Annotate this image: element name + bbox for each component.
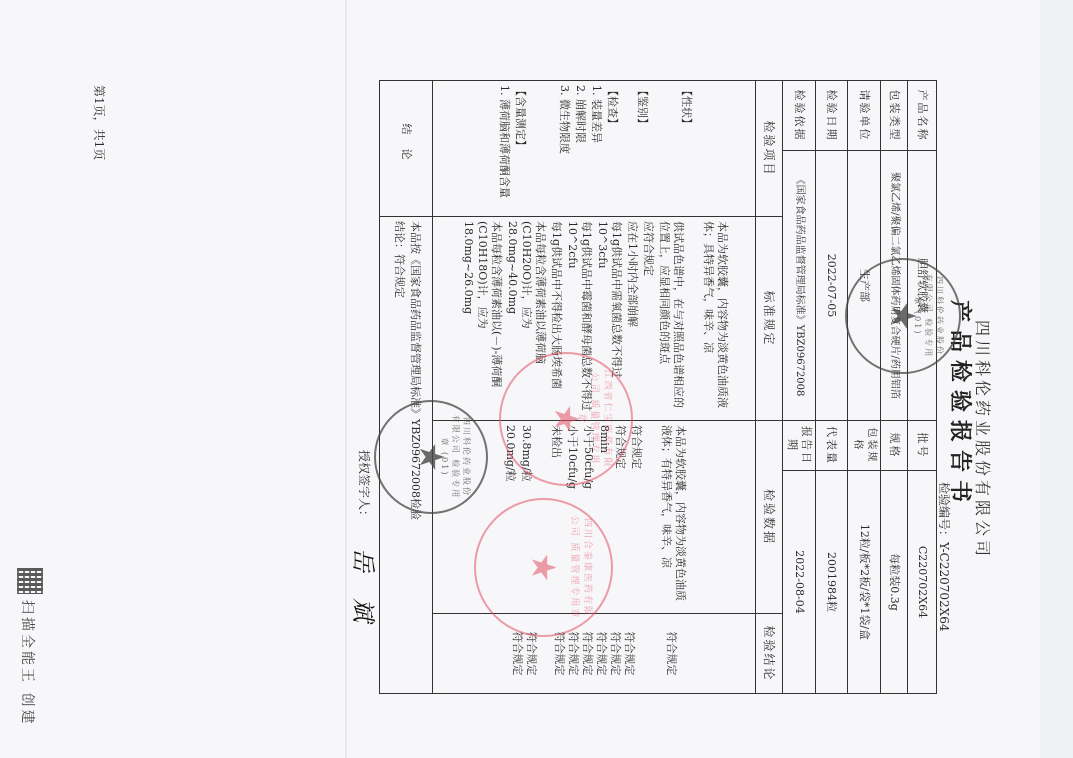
item-menthol-content: 1. 薄荷脑和薄荷酮含量 (497, 85, 511, 212)
item-microbial-limit: 3. 微生物限度 (557, 85, 571, 212)
result-microbial-3: 符合规定 (552, 618, 566, 689)
section-identification: 【鉴别】 (635, 85, 649, 212)
info-label: 检验日期 (816, 81, 848, 151)
data-microbial-1: 小于50cfu/g (581, 425, 595, 609)
item-column: 【性状】 【鉴别】 【检查】 1. 装量差异 2. 崩解时限 3. 微生物限度 … (433, 81, 756, 217)
standard-microbial-3: 每1g供试品中不得检出大肠埃希菌 (549, 221, 563, 416)
info-row: 检验依据 《国家食品药品监督管理局标准》YBZ09672008 报告日期 202… (783, 81, 816, 694)
report-number: 检验编号：Y-C220702X64 (936, 482, 953, 631)
info-row: 产品名称 胆舒软胶囊 批号 C220702X64 (908, 81, 937, 694)
standard-fill-variance: 应符合规定 (641, 221, 655, 416)
standard-column: 本品为软胶囊，内容物为淡黄色油质液体；具特异香气，味辛、凉 供试品色谱中，在与对… (433, 217, 756, 421)
result-assay-2: 符合规定 (510, 618, 524, 689)
result-column: 符合规定 符合规定 符合规定 符合规定 符合规定 符合规定 符合规定 符合规定 … (433, 614, 756, 694)
standard-assay-1: 本品每粒含薄荷素油以薄荷脑(C10H20O)计，应为28.0mg~40.0mg (505, 221, 547, 416)
report-title: 产品检验报告书 (946, 300, 977, 510)
info-label: 请验单位 (848, 81, 881, 151)
item-disintegration: 2. 崩解时限 (573, 85, 587, 212)
item-fill-variance: 1. 装量差异 (589, 85, 603, 212)
col-header-data: 检验数据 (756, 421, 783, 614)
inspection-basis: 《国家食品药品监督管理局标准》YBZ09672008 (783, 151, 816, 421)
info-row: 检验日期 2022-07-05 代表量 2001984粒 (816, 81, 848, 694)
report-number-label: 检验编号： (937, 482, 951, 542)
data-appearance: 本品为软胶囊，内容物为淡黄色油质液体；有特异香气，味辛、凉 (659, 425, 687, 609)
data-fill-variance: 符合规定 (613, 425, 627, 609)
col-header-item: 检验项目 (756, 81, 783, 217)
batch-number: C220702X64 (908, 471, 937, 694)
report-table: 产品名称 胆舒软胶囊 批号 C220702X64 包装类型 聚氯乙烯/聚偏二氯乙… (379, 80, 937, 694)
info-label: 包装类型 (881, 81, 908, 151)
conclusion-label: 结论 (380, 81, 433, 217)
data-microbial-3: 未检出 (549, 425, 563, 609)
section-inspection: 【检查】 (605, 85, 619, 212)
package-type: 聚氯乙烯/聚偏二氯乙烯固体药用复合硬片/药用铝箔 (881, 151, 908, 421)
report-number-value: Y-C220702X64 (937, 542, 951, 631)
signature: 岳斌 (348, 548, 383, 648)
page-number: 第1页，共1页 (91, 85, 108, 160)
data-assay-2: 20.0mg/粒 (503, 425, 517, 609)
standard-disintegration: 应在1小时内全部崩解 (625, 221, 639, 416)
info-label: 报告日期 (783, 421, 816, 471)
scanner-watermark: 扫描全能王 创建 (18, 600, 38, 726)
inspection-date: 2022-07-05 (816, 151, 848, 421)
result-microbial-1: 符合规定 (580, 618, 594, 689)
specification: 每粒装0.3g (881, 471, 908, 694)
standard-assay-2: 本品每粒含薄荷素油以(－)-薄荷酮(C10H18O)计，应为18.0mg~26.… (461, 221, 503, 416)
info-label: 规格 (881, 421, 908, 471)
info-label: 产品名称 (908, 81, 937, 151)
inspection-report-page: 四川科伦药业股份有限公司 产品检验报告书 检验编号：Y-C220702X64 产… (0, 0, 1073, 758)
conclusion-row: 结论 本品按《国家食品药品监督管理局标准》YBZ09672008检验 结论：符合… (380, 81, 433, 694)
col-header-standard: 标准规定 (756, 217, 783, 421)
authorized-signer-label: 授权签字人： (356, 450, 373, 522)
representative-quantity: 2001984粒 (816, 471, 848, 694)
result-assay-1: 符合规定 (524, 618, 538, 689)
info-row: 请验单位 生产部 包装规格 12粒/板*2板/袋*1袋/盒 (848, 81, 881, 694)
package-spec: 12粒/板*2板/袋*1袋/盒 (848, 471, 881, 694)
result-appearance: 符合规定 (664, 618, 678, 689)
section-assay: 【含量测定】 (513, 85, 527, 212)
standard-identification: 供试品色谱中，在与对照品色谱相应的位置上，应显相同颜色的斑点 (657, 221, 685, 416)
standard-microbial-1: 每1g供试品中需氧菌总数不得过10^3cfu (595, 221, 623, 416)
section-appearance: 【性状】 (679, 85, 693, 212)
info-label: 代表量 (816, 421, 848, 471)
info-label: 批号 (908, 421, 937, 471)
conclusion-text: 本品按《国家食品药品监督管理局标准》YBZ09672008检验 结论：符合规定 (380, 217, 433, 694)
info-row: 包装类型 聚氯乙烯/聚偏二氯乙烯固体药用复合硬片/药用铝箔 规格 每粒装0.3g (881, 81, 908, 694)
conclusion-line-1: 本品按《国家食品药品监督管理局标准》YBZ09672008检验 (408, 221, 422, 689)
data-assay-1: 30.8mg/粒 (519, 425, 533, 609)
body-row: 【性状】 【鉴别】 【检查】 1. 装量差异 2. 崩解时限 3. 微生物限度 … (433, 81, 756, 694)
report-date: 2022-08-04 (783, 471, 816, 694)
result-disintegration: 符合规定 (594, 618, 608, 689)
data-microbial-2: 小于10cfu/g (565, 425, 579, 609)
requesting-unit: 生产部 (848, 151, 881, 421)
result-microbial-2: 符合规定 (566, 618, 580, 689)
info-label: 检验依据 (783, 81, 816, 151)
conclusion-line-2: 结论：符合规定 (392, 221, 406, 689)
standard-appearance: 本品为软胶囊，内容物为淡黄色油质液体；具特异香气，味辛、凉 (701, 221, 729, 416)
col-header-result: 检验结论 (756, 614, 783, 694)
data-identification: 符合规定 (629, 425, 643, 609)
result-fill-variance: 符合规定 (608, 618, 622, 689)
result-identification: 符合规定 (622, 618, 636, 689)
qr-code-icon (17, 568, 43, 594)
standard-microbial-2: 每1g供试品中霉菌和酵母菌总数不得过10^2cfu (565, 221, 593, 416)
data-column: 本品为软胶囊，内容物为淡黄色油质液体；有特异香气，味辛、凉 符合规定 符合规定 … (433, 421, 756, 614)
product-name: 胆舒软胶囊 (908, 151, 937, 421)
data-disintegration: 8min (597, 425, 611, 609)
info-label: 包装规格 (848, 421, 881, 471)
column-header-row: 检验项目 标准规定 检验数据 检验结论 (756, 81, 783, 694)
